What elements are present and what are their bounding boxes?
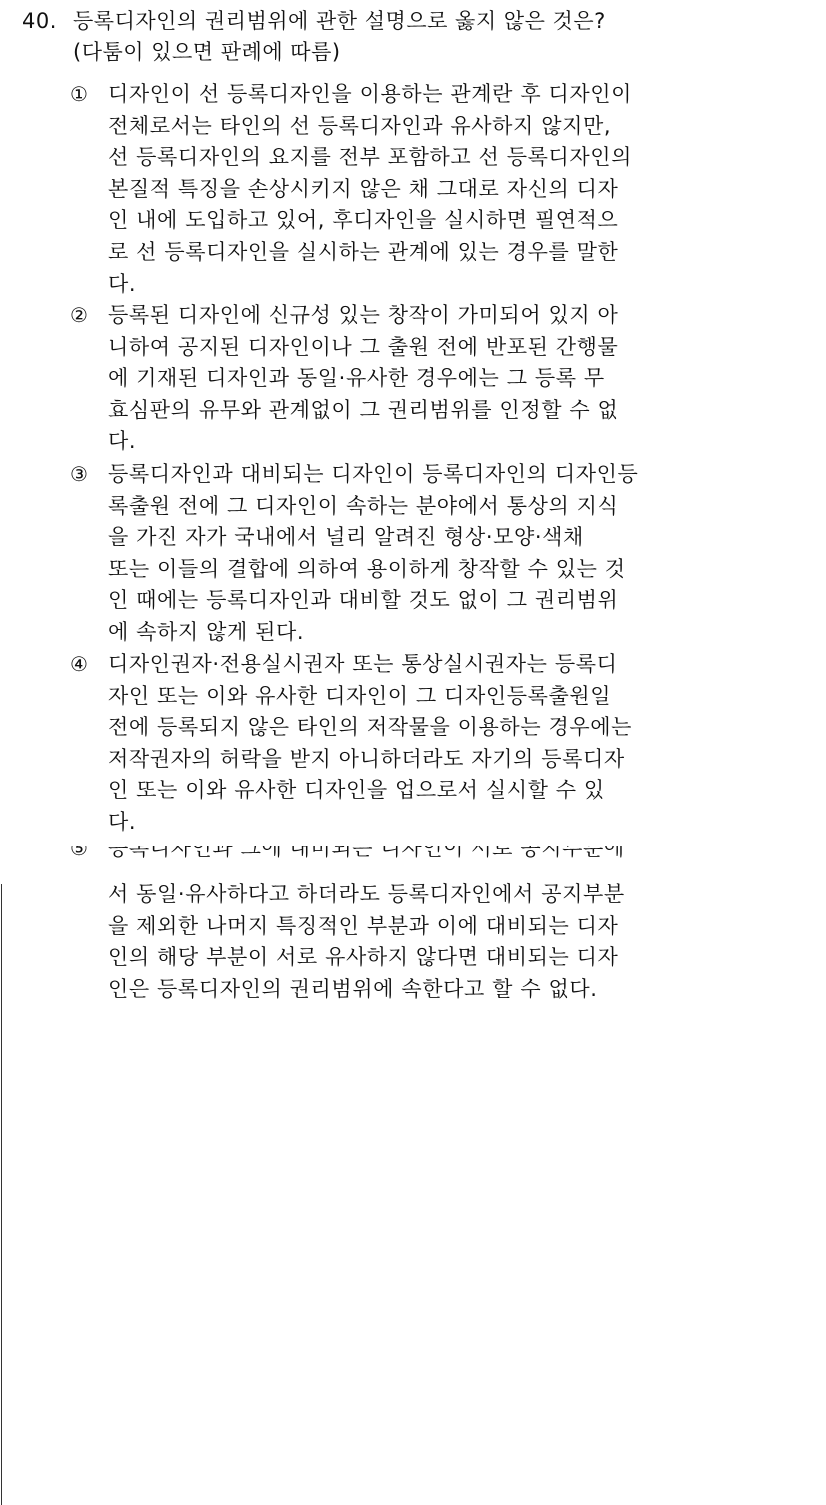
option-2: ② 등록된 디자인에 신규성 있는 창작이 가미되어 있지 아 니하여 공지된 … [70, 300, 770, 458]
option-marker: ① [70, 79, 108, 300]
question-block: 40. 등록디자인의 권리범위에 관한 설명으로 옳지 않은 것은? (다툼이 … [22, 6, 782, 68]
option-5-continuation: 서 동일·유사하다고 하더라도 등록디자인에서 공지부분 을 제외한 나머지 특… [108, 879, 625, 1005]
option-marker: ③ [70, 459, 108, 649]
question-number: 40. [22, 6, 73, 37]
option-marker: ⑤ [70, 846, 108, 864]
option-text: 디자인권자·전용실시권자 또는 통상실시권자는 등록디 자인 또는 이와 유사한… [108, 649, 770, 839]
option-text: 등록된 디자인에 신규성 있는 창작이 가미되어 있지 아 니하여 공지된 디자… [108, 300, 770, 458]
question-line: 40. 등록디자인의 권리범위에 관한 설명으로 옳지 않은 것은? [22, 6, 782, 37]
option-1: ① 디자인이 선 등록디자인을 이용하는 관계란 후 디자인이 전체로서는 타인… [70, 79, 770, 300]
question-note: (다툼이 있으면 판례에 따름) [73, 37, 782, 68]
left-margin-divider [1, 884, 2, 1505]
option-5-clipped-line: ⑤ 등록디자인과 그에 대비되는 디자인이 서로 공지부분에 [0, 846, 826, 864]
question-stem: 등록디자인의 권리범위에 관한 설명으로 옳지 않은 것은? [73, 6, 782, 37]
option-3: ③ 등록디자인과 대비되는 디자인이 등록디자인의 디자인등 록출원 전에 그 … [70, 459, 770, 649]
option-text: 등록디자인과 대비되는 디자인이 등록디자인의 디자인등 록출원 전에 그 디자… [108, 459, 770, 649]
option-text-clipped: 등록디자인과 그에 대비되는 디자인이 서로 공지부분에 [108, 846, 625, 864]
option-marker: ④ [70, 649, 108, 839]
option-4: ④ 디자인권자·전용실시권자 또는 통상실시권자는 등록디 자인 또는 이와 유… [70, 649, 770, 839]
option-text: 디자인이 선 등록디자인을 이용하는 관계란 후 디자인이 전체로서는 타인의 … [108, 79, 770, 300]
question-line: (다툼이 있으면 판례에 따름) [22, 37, 782, 68]
option-marker: ② [70, 300, 108, 458]
